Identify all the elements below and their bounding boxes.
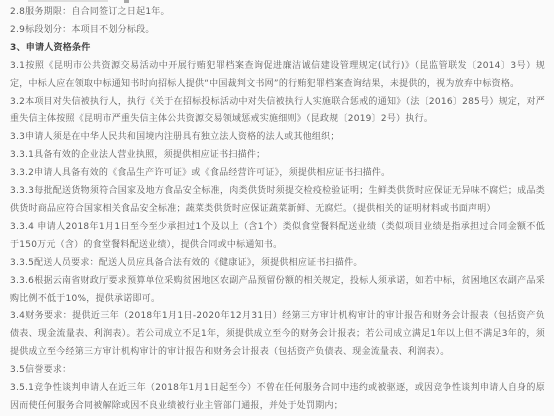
- document-page: 2.8服务期限：自合同签订之日起1年。 2.9标段划分：本项目不划分标段。 3、…: [0, 0, 554, 416]
- section-heading-applicant-qualifications: 3、申请人资格条件: [10, 40, 545, 58]
- clause-3-3-4-performance: 3.3.4 申请人2018年1月1日至今至少承担过1个及以上（含1个）类似食堂餐…: [10, 219, 545, 255]
- clause-3-3-5-delivery-staff: 3.3.5配送人员要求：配送人员应具备合法有效的《健康证》，须提供相应证书扫描件…: [10, 255, 545, 273]
- clause-3-5-1-reputation: 3.5.1竞争性谈判申请人在近三年（2018年1月1日起至今）不曾在任何服务合同…: [10, 380, 545, 416]
- clause-3-2-dishonest-executee: 3.2本项目对失信被执行人，执行《关于在招标投标活动中对失信被执行人实施联合惩戒…: [10, 94, 545, 130]
- clause-3-3-6-poverty-procurement: 3.3.6根据云南省财政厅要求预算单位采购贫困地区农副产品预留份额的相关规定，投…: [10, 273, 545, 309]
- clause-3-3-2-food-license: 3.3.2申请人具备有效的《食品生产许可证》或《食品经营许可证》，须提供相应证书…: [10, 165, 545, 183]
- clause-3-3-legal-entity: 3.3申请人须是在中华人民共和国境内注册具有独立法人资格的法人或其他组织；: [10, 129, 545, 147]
- cropped-line-artifact: [28, 0, 108, 2]
- clause-3-1-bribery-record: 3.1按照《昆明市公共资源交易活动中开展行贿犯罪档案查询促进廉洁诚信建设管理规定…: [10, 58, 545, 94]
- clause-3-5-reputation-heading: 3.5信誉要求：: [10, 362, 545, 380]
- clause-3-4-financial-requirements: 3.4财务要求：提供近三年（2018年1月1日-2020年12月31日）经第三方…: [10, 308, 545, 362]
- cropped-line-artifact: [124, 0, 129, 3]
- clause-3-3-1-business-license: 3.3.1具备有效的企业法人营业执照，须提供相应证书扫描件；: [10, 147, 545, 165]
- clause-service-period: 2.8服务期限：自合同签订之日起1年。: [10, 4, 545, 22]
- clause-3-3-3-food-safety: 3.3.3每批配送货物须符合国家及地方食品安全标准，肉类供货时须提交检疫检验证明…: [10, 183, 545, 219]
- clause-lot-division: 2.9标段划分：本项目不划分标段。: [10, 22, 545, 40]
